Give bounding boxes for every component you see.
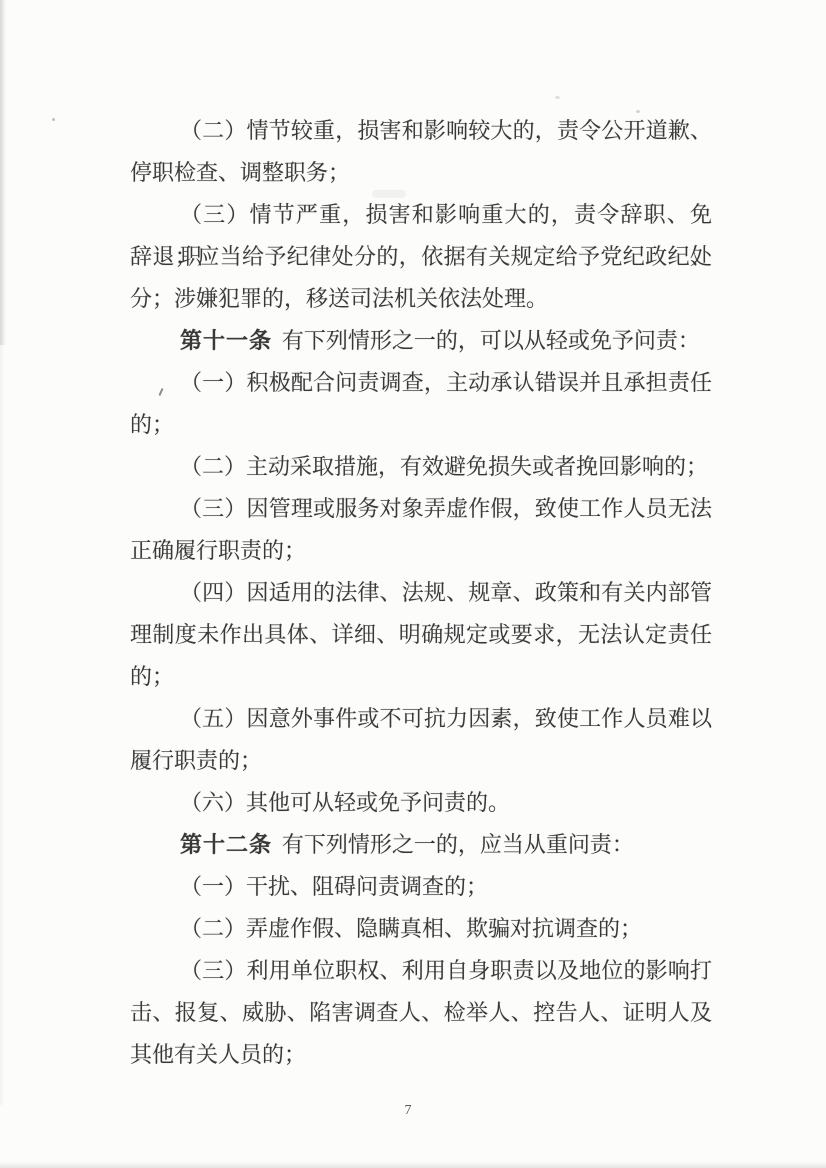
line-text: （一）干扰、阻碍问责调查的； [180, 874, 488, 899]
scanned-document-page: （二）情节较重，损害和影响较大的，责令公开道歉、停职检查、调整职务；（三）情节严… [0, 0, 826, 1168]
line-text: 履行职责的； [130, 748, 262, 773]
line-text: 停职检查、调整职务； [130, 160, 350, 185]
document-line: 的； [130, 656, 712, 698]
article-number: 第十二条 [180, 832, 272, 857]
document-line: （四）因适用的法律、法规、规章、政策和有关内部管 [130, 572, 712, 614]
document-line: 第十二条有下列情形之一的，应当从重问责： [130, 824, 712, 866]
line-text: 的； [130, 664, 174, 689]
document-line: （五）因意外事件或不可抗力因素，致使工作人员难以 [130, 698, 712, 740]
line-text: 的； [130, 412, 174, 437]
scan-speck [52, 118, 55, 121]
document-line: 的； [130, 404, 712, 446]
line-text: 有下列情形之一的，应当从重问责： [282, 832, 634, 857]
document-body: （二）情节较重，损害和影响较大的，责令公开道歉、停职检查、调整职务；（三）情节严… [130, 110, 712, 1076]
document-line: 辞退；应当给予纪律处分的，依据有关规定给予党纪政纪处 [130, 236, 712, 278]
line-text: （一）积极配合问责调查，主动承认错误并且承担责任 [180, 370, 712, 395]
document-line: 正确履行职责的； [130, 530, 712, 572]
line-text: 正确履行职责的； [130, 538, 306, 563]
scan-speck [555, 96, 560, 99]
document-line: 理制度未作出具体、详细、明确规定或要求，无法认定责任 [130, 614, 712, 656]
document-line: （一）积极配合问责调查，主动承认错误并且承担责任 [130, 362, 712, 404]
line-text: 分；涉嫌犯罪的，移送司法机关依法处理。 [130, 286, 548, 311]
line-text: 有下列情形之一的，可以从轻或免予问责： [282, 328, 700, 353]
line-text: 辞退；应当给予纪律处分的，依据有关规定给予党纪政纪处 [130, 244, 712, 269]
document-line: （二）情节较重，损害和影响较大的，责令公开道歉、 [130, 110, 712, 152]
document-line: （三）利用单位职权、利用自身职责以及地位的影响打 [130, 950, 712, 992]
document-line: 履行职责的； [130, 740, 712, 782]
document-line: （三）因管理或服务对象弄虚作假，致使工作人员无法 [130, 488, 712, 530]
scan-left-edge-shadow [0, 0, 6, 345]
document-line: 分；涉嫌犯罪的，移送司法机关依法处理。 [130, 278, 712, 320]
document-line: （六）其他可从轻或免予问责的。 [130, 782, 712, 824]
scan-left-edge-shadow-faint [0, 345, 4, 1105]
document-line: 停职检查、调整职务； [130, 152, 712, 194]
line-text: （二）情节较重，损害和影响较大的，责令公开道歉、 [180, 118, 712, 143]
line-text: （三）因管理或服务对象弄虚作假，致使工作人员无法 [180, 496, 712, 521]
line-text: （三）利用单位职权、利用自身职责以及地位的影响打 [180, 958, 712, 983]
document-line: 击、报复、威胁、陷害调查人、检举人、控告人、证明人及 [130, 992, 712, 1034]
document-line: （二）弄虚作假、隐瞒真相、欺骗对抗调查的； [130, 908, 712, 950]
document-line: 第十一条有下列情形之一的，可以从轻或免予问责： [130, 320, 712, 362]
document-line: 其他有关人员的； [130, 1034, 712, 1076]
line-text: （五）因意外事件或不可抗力因素，致使工作人员难以 [180, 706, 712, 731]
article-number: 第十一条 [180, 328, 272, 353]
line-text: 理制度未作出具体、详细、明确规定或要求，无法认定责任 [130, 622, 712, 647]
line-text: 其他有关人员的； [130, 1042, 306, 1067]
line-text: （六）其他可从轻或免予问责的。 [180, 790, 510, 815]
scan-bottom-edge-shadow [0, 1162, 826, 1168]
document-line: （三）情节严重，损害和影响重大的，责令辞职、免职、 [130, 194, 712, 236]
line-text: （二）弄虚作假、隐瞒真相、欺骗对抗调查的； [180, 916, 642, 941]
line-text: （二）主动采取措施，有效避免损失或者挽回影响的； [180, 454, 708, 479]
document-line: （二）主动采取措施，有效避免损失或者挽回影响的； [130, 446, 712, 488]
line-text: 击、报复、威胁、陷害调查人、检举人、控告人、证明人及 [130, 1000, 712, 1025]
document-line: （一）干扰、阻碍问责调查的； [130, 866, 712, 908]
line-text: （四）因适用的法律、法规、规章、政策和有关内部管 [180, 580, 712, 605]
page-number: 7 [380, 1103, 436, 1119]
